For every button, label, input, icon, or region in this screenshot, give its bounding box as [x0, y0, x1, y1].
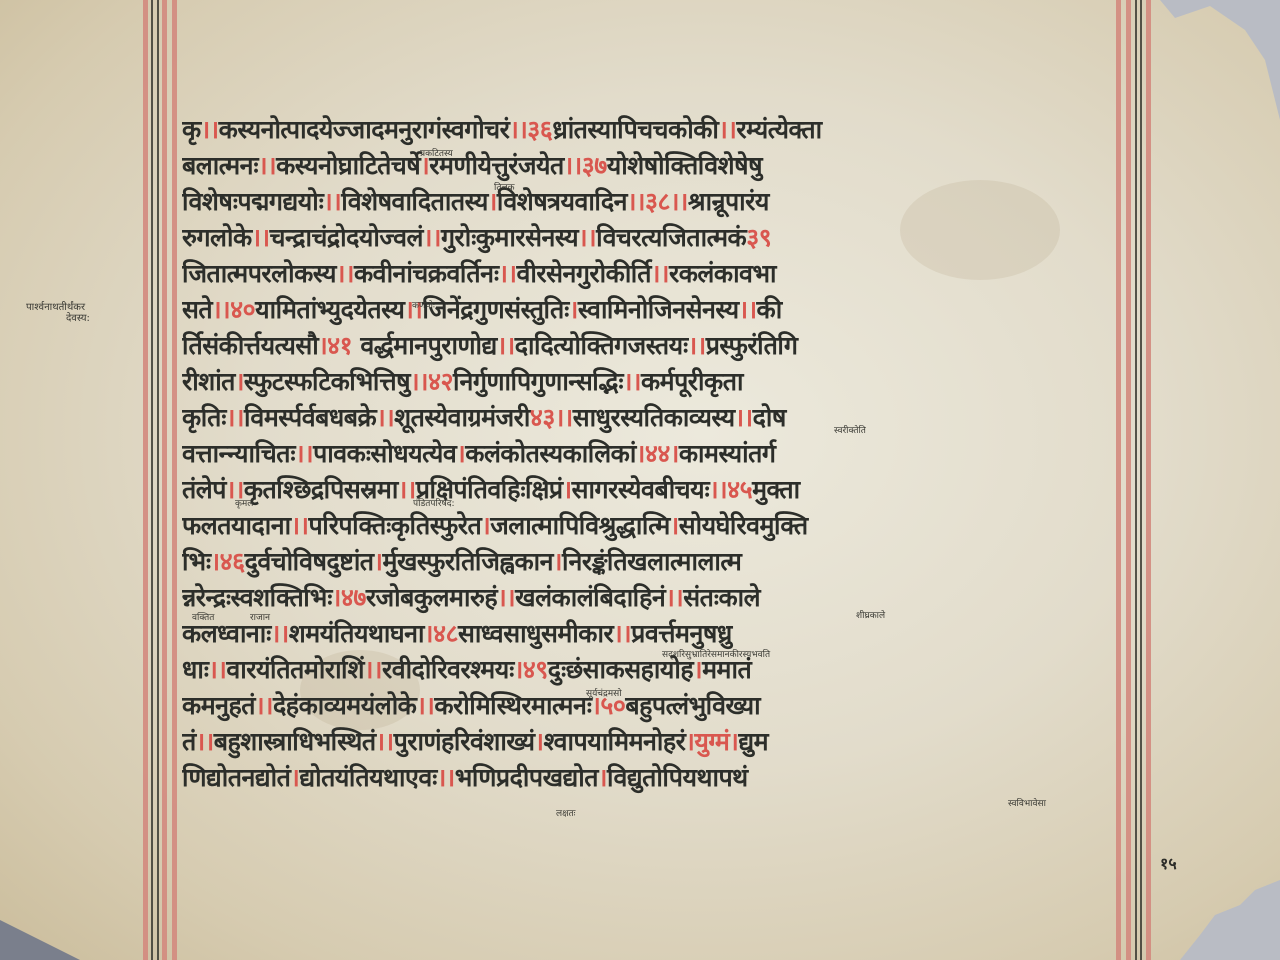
text-segment: न्नरेन्द्रः	[182, 583, 231, 612]
text-segment: की	[757, 295, 782, 324]
text-segment: कलंकोतस्यकालिकां	[465, 439, 636, 468]
text-segment: र्मुखस्फुरतिजिह्वकान	[383, 547, 554, 576]
verse-marker: ।	[569, 295, 578, 324]
verse-marker: ४३।।	[530, 403, 573, 432]
text-segment: विमर्स्पर्वबधबक्रे	[244, 403, 376, 432]
text-segment: कर्मपूरीकृता	[641, 367, 743, 396]
right-border-rule	[1135, 0, 1137, 960]
manuscript-line: तं।।बहुशास्त्राधिभस्थितं।।पुराणंहरिवंशाख…	[182, 724, 1112, 760]
manuscript-line: विशेषःपद्मगद्ययोः।।विशेषवादितातस्य।विशेष…	[182, 184, 1112, 220]
interlinear-gloss: प्रकटितस्य	[420, 146, 453, 159]
text-segment: कृतश्छिद्रपिसस्रमा	[244, 475, 398, 504]
text-segment: साधुरस्यतिकाव्यस्य	[573, 403, 735, 432]
verse-marker: ।।	[376, 727, 394, 756]
text-segment: खलंकालंबिदाहिनं	[515, 583, 665, 612]
text-segment: कस्यनोघ्राटितेचर्षे	[276, 151, 420, 180]
verse-marker: ।।	[735, 403, 753, 432]
verse-marker: ।युग्मं।	[685, 727, 738, 756]
interlinear-gloss: कृमलं	[235, 496, 253, 509]
text-segment: दुर्वचोविषदुष्टांत	[245, 547, 374, 576]
manuscript-line: रीशांत।स्फुटस्फटिकभित्तिषु।।४२निर्गुणापि…	[182, 364, 1112, 400]
text-segment: ध्रांतस्यापिचचकोकी	[552, 115, 718, 144]
verse-marker: ।।	[423, 223, 441, 252]
folio-number: १५	[1160, 852, 1177, 874]
manuscript-line: फलतयादाना।।परिपक्तिःकृतिस्फुरेत।जलात्माप…	[182, 508, 1112, 544]
manuscript-line: न्नरेन्द्रःस्वशक्तिभिः।४७रजोबकुलमारुहं।।…	[182, 580, 1112, 616]
text-segment: योशेषोक्तिविशेषेषु	[607, 151, 762, 180]
verse-marker: ।।	[613, 619, 631, 648]
interlinear-gloss: स्वविभावेसा	[1008, 796, 1046, 809]
interlinear-gloss: लक्षतः	[556, 806, 576, 819]
interlinear-gloss: तिलक	[494, 180, 514, 193]
text-segment: शमयंतियथाघना	[289, 619, 424, 648]
text-segment: स्वामिनोजिनसेनस्य	[578, 295, 739, 324]
verse-marker: ।।	[739, 295, 757, 324]
verse-marker: ।।	[226, 403, 244, 432]
right-border-rule	[1140, 0, 1142, 960]
verse-marker: ।४६	[211, 547, 245, 576]
manuscript-line: तंलेपं।।कृतश्छिद्रपिसस्रमा।।प्रक्षिपंतिव…	[182, 472, 1112, 508]
verse-marker: ।।	[497, 583, 515, 612]
verse-marker: ।	[598, 763, 607, 792]
verse-marker: ।	[553, 547, 562, 576]
left-border-rule	[157, 0, 159, 960]
text-segment: कमनुहतं	[182, 691, 255, 720]
verse-marker: ।	[456, 439, 465, 468]
left-border-rule	[143, 0, 148, 960]
verse-marker: ।	[481, 511, 490, 540]
manuscript-line: जितात्मपरलोकस्य।।कवीनांचक्रवर्तिनः।।वीरस…	[182, 256, 1112, 292]
text-segment: कवीनांचक्रवर्तिनः	[354, 259, 499, 288]
text-segment: बहुशास्त्राधिभस्थितं	[214, 727, 376, 756]
text-segment: स्फुटस्फटिकभित्तिषु	[244, 367, 410, 396]
text-segment: साध्वसाधुसमीकार	[458, 619, 613, 648]
manuscript-text: कृ।।कस्यनोत्पादयेज्जादमनुरागंस्वगोचरं।।३…	[182, 112, 1112, 796]
manuscript-line: कृ।।कस्यनोत्पादयेज्जादमनुरागंस्वगोचरं।।३…	[182, 112, 1112, 148]
verse-marker: ।।	[718, 115, 736, 144]
verse-marker: ।।	[208, 655, 226, 684]
interlinear-gloss: राजान	[250, 610, 270, 623]
verse-marker: ।	[374, 547, 383, 576]
verse-marker: ।।	[578, 223, 596, 252]
verse-marker: ।।	[437, 763, 455, 792]
interlinear-gloss: सूर्यचंद्रमसो	[586, 686, 622, 699]
verse-marker: ।।	[665, 583, 683, 612]
text-segment: देहंकाव्यमयंलोके	[273, 691, 416, 720]
text-segment: भिः	[182, 547, 211, 576]
verse-marker: ।।	[651, 259, 669, 288]
text-segment: चन्द्राचंद्रोदयोज्वलं	[270, 223, 423, 252]
text-segment: विशेषत्रयवादिन	[497, 187, 627, 216]
text-segment: णिद्योतनद्योतं	[182, 763, 290, 792]
text-segment: तं	[182, 727, 196, 756]
text-segment: रीशांत	[182, 367, 235, 396]
verse-marker: ।४७	[332, 583, 366, 612]
text-segment: वर्द्धमानपुराणोद्य	[352, 331, 497, 360]
margin-note-line: देवस्य:	[26, 313, 90, 324]
manuscript-leaf: पार्श्वनाथतीर्थंकर देवस्य: कृ।।कस्यनोत्प…	[0, 0, 1280, 960]
text-segment: श्वापयामिमनोहरं	[544, 727, 686, 756]
verse-marker: ।।	[364, 655, 382, 684]
text-segment: श्रान्रूपारंय	[688, 187, 769, 216]
manuscript-line: कमनुहतं।।देहंकाव्यमयंलोके।।करोमिस्थिरमात…	[182, 688, 1112, 724]
verse-marker: ३९	[746, 223, 771, 252]
margin-note-line: पार्श्वनाथतीर्थंकर	[26, 302, 90, 313]
text-segment: कृ	[182, 115, 201, 144]
text-segment: निरङ्कंतिखलात्मालात्म	[562, 547, 741, 576]
verse-marker: ।।	[295, 439, 313, 468]
manuscript-line: भिः।४६दुर्वचोविषदुष्टांत।र्मुखस्फुरतिजिह…	[182, 544, 1112, 580]
interlinear-gloss: स्वरीक्तेति	[834, 423, 866, 436]
text-segment: जलात्मापिविश्रुद्धात्मि	[490, 511, 670, 540]
text-segment: पावकःसोधयत्येव	[313, 439, 456, 468]
manuscript-line: रुगलोके।।चन्द्राचंद्रोदयोज्वलं।।गुरोःकुम…	[182, 220, 1112, 256]
text-segment: कस्यनोत्पादयेज्जादमनुरागंस्वगोचरं	[219, 115, 510, 144]
text-segment: सोयघेरिवमुक्ति	[679, 511, 808, 540]
text-segment: पुराणंहरिवंशाख्यं	[394, 727, 535, 756]
verse-marker: ।।३८।।	[627, 187, 688, 216]
verse-marker: ।।	[499, 259, 517, 288]
verse-marker: ।।	[376, 403, 394, 432]
verse-marker: ।।	[271, 619, 289, 648]
manuscript-line: बलात्मनः।।कस्यनोघ्राटितेचर्षे।रमणीयेत्तु…	[182, 148, 1112, 184]
text-segment: कृतिः	[182, 403, 226, 432]
text-segment: रुगलोके	[182, 223, 252, 252]
text-segment: विशेषवादितातस्य	[341, 187, 488, 216]
left-border-rule	[162, 0, 167, 960]
text-segment: विद्युतोपियथापथं	[607, 763, 748, 792]
text-segment: मुक्ता	[752, 475, 800, 504]
verse-marker: ।।	[201, 115, 219, 144]
text-segment: बलात्मनः	[182, 151, 258, 180]
verse-marker: ।।४२	[410, 367, 453, 396]
verse-marker: ।।	[497, 331, 515, 360]
manuscript-line: र्तिसंकीर्त्तयत्यसौ।४१ वर्द्धमानपुराणोद्…	[182, 328, 1112, 364]
right-border-rule	[1146, 0, 1151, 960]
verse-marker: ।।	[688, 331, 706, 360]
right-border-rule	[1126, 0, 1131, 960]
verse-marker: ।	[563, 475, 572, 504]
text-segment: स्वशक्तिभिः	[231, 583, 332, 612]
verse-marker: ।।	[623, 367, 641, 396]
interlinear-gloss: कर्णयोः	[412, 298, 435, 311]
verse-marker: ।।	[291, 511, 309, 540]
text-segment: धाः	[182, 655, 208, 684]
text-segment: यामितांभ्युदयेतस्य	[255, 295, 404, 324]
verse-marker: ।	[535, 727, 544, 756]
left-border-rule	[172, 0, 177, 960]
text-segment: विचरत्यजितात्मकं	[596, 223, 746, 252]
verse-marker: ।।	[416, 691, 434, 720]
text-segment: संतःकाले	[683, 583, 760, 612]
text-segment: जिनेंद्रगुणसंस्तुतिः	[422, 295, 568, 324]
text-segment: रम्यंत्येक्ता	[736, 115, 821, 144]
text-segment: करोमिस्थिरमात्मनः	[434, 691, 591, 720]
verse-marker: ।।	[258, 151, 276, 180]
text-segment: रवीदोरिवरश्मयः	[382, 655, 514, 684]
verse-marker: ।।	[196, 727, 214, 756]
verse-marker: ।।४५	[709, 475, 752, 504]
manuscript-line: कृतिः।।विमर्स्पर्वबधबक्रे।।शूतस्येवाग्रम…	[182, 400, 1112, 436]
text-segment: परिपक्तिःकृतिस्फुरेत	[309, 511, 482, 540]
text-segment: बहुपत्लंभुविख्या	[625, 691, 760, 720]
manuscript-line: वत्तान्न्याचितः।।पावकःसोधयत्येव।कलंकोतस्…	[182, 436, 1112, 472]
text-segment: निर्गुणापिगुणान्सद्भिः	[453, 367, 623, 396]
right-border-rule	[1116, 0, 1121, 960]
manuscript-line: धाः।।वारयंतितमोराशिं।।रवीदोरिवरश्मयः।४९द…	[182, 652, 1112, 688]
verse-marker: ।४९	[514, 655, 548, 684]
verse-marker: ।।३६	[509, 115, 552, 144]
verse-marker: ।।३७	[564, 151, 607, 180]
interlinear-gloss: वक्तित	[192, 610, 214, 623]
text-segment: प्रवर्त्तमनुषध्रु	[631, 619, 732, 648]
margin-annotation: पार्श्वनाथतीर्थंकर देवस्य:	[26, 302, 90, 324]
text-segment: सते	[182, 295, 212, 324]
text-segment: तंलेपं	[182, 475, 226, 504]
left-border-rule	[151, 0, 153, 960]
verse-marker: ।।४०	[212, 295, 255, 324]
manuscript-line: णिद्योतनद्योतं।द्योतयंतियथाएवः।।भणिप्रदी…	[182, 760, 1112, 796]
verse-marker: ।।	[323, 187, 341, 216]
text-segment: शूतस्येवाग्रमंजरी	[394, 403, 530, 432]
text-segment: भणिप्रदीपखद्योत	[455, 763, 598, 792]
text-segment: विशेषःपद्मगद्ययोः	[182, 187, 323, 216]
text-segment: दोष	[753, 403, 786, 432]
verse-marker: ।	[670, 511, 679, 540]
interlinear-gloss: पंडितपरिषद:	[413, 496, 455, 509]
manuscript-line: सते।।४०यामितांभ्युदयेतस्य।।जिनेंद्रगुणसं…	[182, 292, 1112, 328]
verse-marker: ।	[235, 367, 244, 396]
interlinear-gloss: सदृशरिसुभ्रातिरेसमानकीरस्यभवति	[662, 647, 770, 660]
text-segment: वीरसेनगुरोकीर्ति	[516, 259, 651, 288]
text-segment: कामस्यांतर्ग	[679, 439, 776, 468]
text-segment: द्योतयंतियथाएवः	[299, 763, 436, 792]
text-segment: फलतयादाना	[182, 511, 291, 540]
text-segment: जितात्मपरलोकस्य	[182, 259, 336, 288]
verse-marker: ।।	[336, 259, 354, 288]
text-segment: र्तिसंकीर्त्तयत्यसौ	[182, 331, 318, 360]
verse-marker: ।।	[252, 223, 270, 252]
text-segment: कलध्वानाः	[182, 619, 271, 648]
manuscript-line: कलध्वानाः।।शमयंतियथाघना।४८साध्वसाधुसमीका…	[182, 616, 1112, 652]
verse-marker: ।४१	[318, 331, 352, 360]
interlinear-gloss: शीघ्रकाले	[856, 608, 885, 621]
text-segment: रजोबकुलमारुहं	[366, 583, 497, 612]
text-segment: प्रस्फुरंतिगि	[706, 331, 798, 360]
text-segment: रकलंकावभा	[669, 259, 776, 288]
verse-marker: ।४८	[424, 619, 458, 648]
verse-marker: ।४४।	[636, 439, 679, 468]
text-segment: गुरोःकुमारसेनस्य	[441, 223, 578, 252]
text-segment: द्युम	[738, 727, 768, 756]
text-segment: सागरस्येवबीचयः	[572, 475, 709, 504]
text-segment: वारयंतितमोराशिं	[226, 655, 364, 684]
verse-marker: ।।	[255, 691, 273, 720]
text-segment: दादित्योक्तिगजस्तयः	[515, 331, 688, 360]
text-segment: वत्तान्न्याचितः	[182, 439, 295, 468]
